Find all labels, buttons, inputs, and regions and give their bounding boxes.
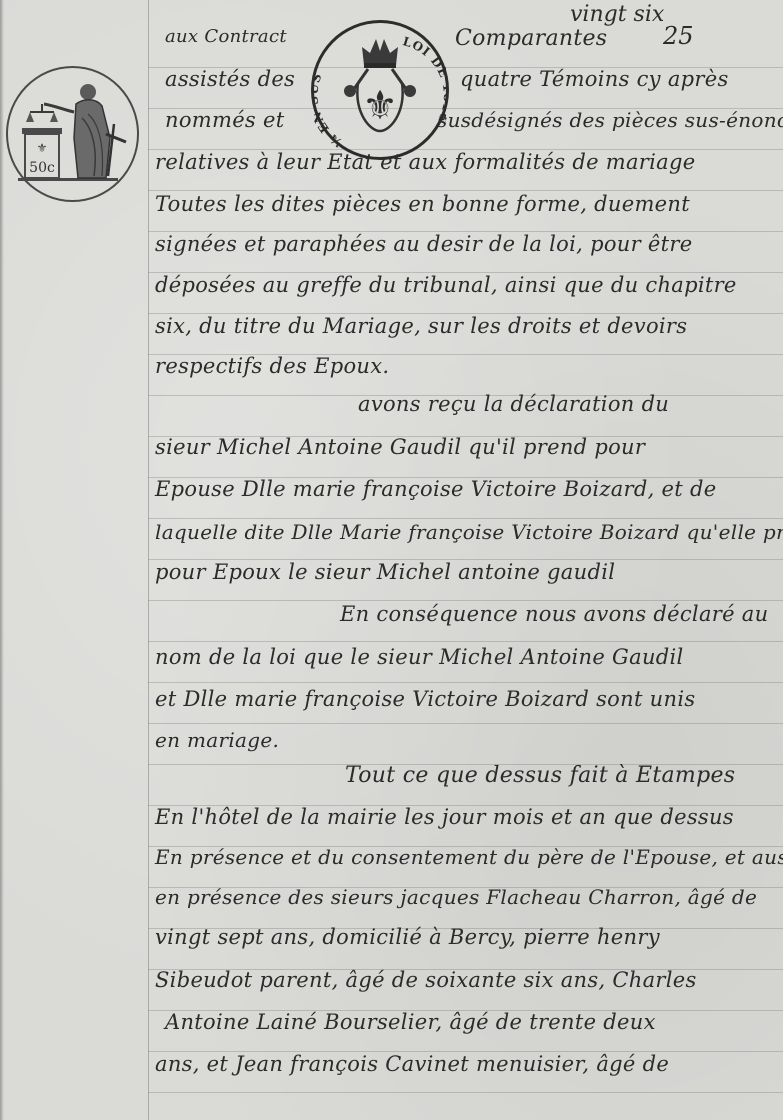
handwritten-line: susdésignés des pièces sus-énoncées — [437, 108, 783, 132]
handwritten-line: relatives à leur Etat et aux formalités … — [155, 150, 695, 174]
svg-text:⚜: ⚜ — [362, 83, 398, 129]
ruled-line — [148, 518, 783, 519]
handwritten-line: pour Epoux le sieur Michel antoine gaudi… — [155, 560, 615, 584]
ruled-line — [148, 1092, 783, 1093]
handwritten-line: Sibeudot parent, âgé de soixante six ans… — [155, 968, 697, 992]
handwritten-line: Comparantes — [455, 26, 607, 51]
folio-mark: 25 — [663, 22, 694, 50]
handwritten-line: vingt sept ans, domicilié à Bercy, pierr… — [155, 925, 660, 949]
handwritten-line: six, du titre du Mariage, sur les droits… — [155, 314, 687, 338]
handwritten-line: Toutes les dites pièces en bonne forme, … — [155, 192, 690, 216]
handwritten-line: laquelle dite Dlle Marie françoise Victo… — [155, 520, 783, 544]
ruled-line — [148, 641, 783, 642]
handwritten-line: nom de la loi que le sieur Michel Antoin… — [155, 645, 684, 669]
justice-figure-icon: ⚜ 50c — [8, 68, 137, 200]
svg-text:50c: 50c — [29, 160, 55, 176]
handwritten-line: En l'hôtel de la mairie les jour mois et… — [155, 805, 734, 829]
handwritten-line: Tout ce que dessus fait à Etampes — [345, 763, 735, 788]
handwritten-line: aux Contract — [165, 26, 287, 47]
ruled-line — [148, 723, 783, 724]
seal-stamp: ¼ EN SUS LOI DE 1816 ⚜ — [311, 20, 449, 160]
ruled-line — [148, 600, 783, 601]
handwritten-line: nommés et — [165, 108, 284, 132]
handwritten-line: assistés des — [165, 67, 295, 91]
handwritten-line: signées et paraphées au desir de la loi,… — [155, 232, 692, 256]
handwritten-line: en présence des sieurs jacques Flacheau … — [155, 885, 757, 909]
page-number-note: vingt six — [570, 2, 664, 27]
ruled-line — [148, 190, 783, 191]
handwritten-line: En présence et du consentement du père d… — [155, 845, 783, 869]
handwritten-line: Epouse Dlle marie françoise Victoire Boi… — [155, 477, 716, 501]
handwritten-line: sieur Michel Antoine Gaudil qu'il prend … — [155, 435, 645, 459]
handwritten-line: respectifs des Epoux. — [155, 354, 389, 378]
handwritten-line: en mariage. — [155, 728, 279, 752]
handwritten-line: Antoine Lainé Bourselier, âgé de trente … — [165, 1010, 656, 1034]
handwritten-line: En conséquence nous avons déclaré au — [340, 602, 768, 626]
handwritten-line: ans, et Jean françois Cavinet menuisier,… — [155, 1052, 669, 1076]
handwritten-line: déposées au greffe du tribunal, ainsi qu… — [155, 273, 737, 297]
svg-text:¼ EN SUS: ¼ EN SUS — [314, 71, 346, 150]
crown-fleur-de-lis-icon: ¼ EN SUS LOI DE 1816 ⚜ — [314, 23, 446, 157]
page-edge-shadow — [0, 0, 4, 1120]
handwritten-line: avons reçu la déclaration du — [358, 392, 669, 416]
fiscal-stamp: ⚜ 50c — [6, 66, 139, 202]
svg-text:⚜: ⚜ — [37, 141, 48, 155]
ruled-line — [148, 682, 783, 683]
document-page: vingt six 25 ⚜ 50c — [0, 0, 783, 1120]
handwritten-line: quatre Témoins cy après — [460, 67, 729, 91]
handwritten-line: et Dlle marie françoise Victoire Boizard… — [155, 687, 695, 711]
